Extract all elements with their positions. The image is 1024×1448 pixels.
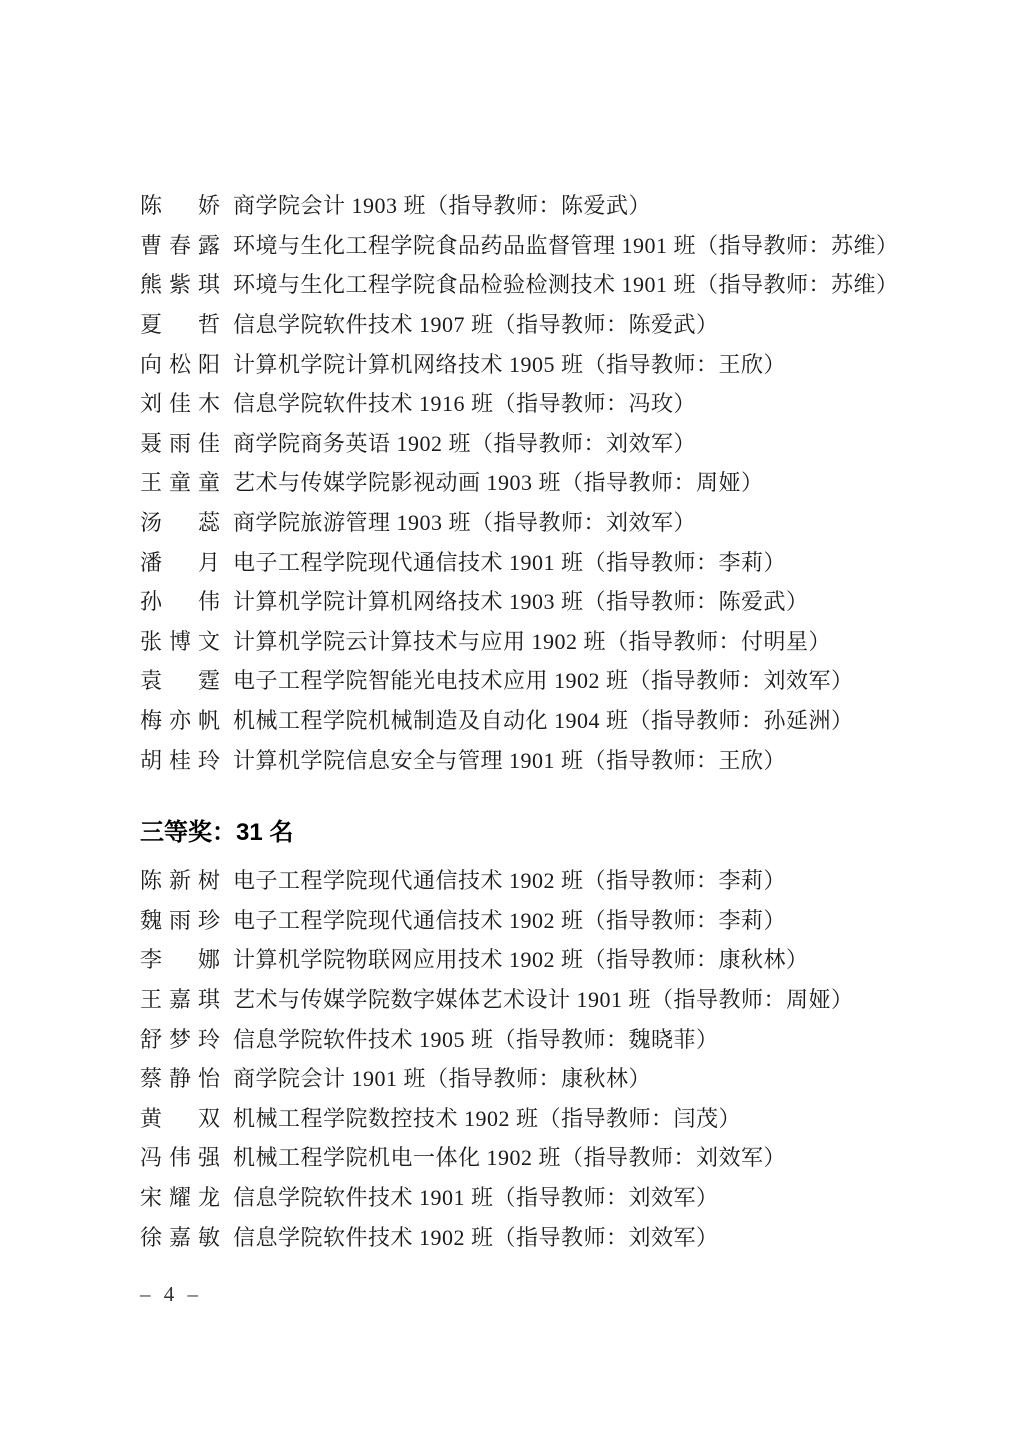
student-name: 聂雨佳 bbox=[140, 427, 220, 458]
student-name: 舒梦玲 bbox=[140, 1023, 220, 1054]
student-name: 蔡静怡 bbox=[140, 1062, 220, 1093]
award-entry-row: 熊紫琪 环境与生化工程学院食品检验检测技术 1901 班（指导教师：苏维） bbox=[140, 264, 960, 304]
award-entry-row: 袁霆 电子工程学院智能光电技术应用 1902 班（指导教师：刘效军） bbox=[140, 660, 960, 700]
entry-info: 艺术与传媒学院数字媒体艺术设计 1901 班（指导教师：周娅） bbox=[233, 983, 854, 1014]
award-entry-row: 舒梦玲 信息学院软件技术 1905 班（指导教师：魏晓菲） bbox=[140, 1018, 960, 1058]
student-name: 汤蕊 bbox=[140, 506, 220, 537]
award-entry-row: 潘月 电子工程学院现代通信技术 1901 班（指导教师：李莉） bbox=[140, 541, 960, 581]
student-name: 陈娇 bbox=[140, 189, 220, 220]
entry-info: 艺术与传媒学院影视动画 1903 班（指导教师：周娅） bbox=[233, 466, 764, 497]
student-name: 袁霆 bbox=[140, 664, 220, 695]
award-entry-row: 刘佳木 信息学院软件技术 1916 班（指导教师：冯玫） bbox=[140, 383, 960, 423]
section-heading-text: 三等奖：31 名 bbox=[140, 812, 293, 847]
student-name: 王童童 bbox=[140, 466, 220, 497]
award-section: 陈娇 商学院会计 1903 班（指导教师：陈爱武） 曹春露 环境与生化工程学院食… bbox=[140, 185, 960, 779]
student-name: 冯伟强 bbox=[140, 1141, 220, 1172]
student-name: 夏哲 bbox=[140, 308, 220, 339]
entry-info: 电子工程学院现代通信技术 1902 班（指导教师：李莉） bbox=[233, 864, 786, 895]
award-entry-row: 宋耀龙 信息学院软件技术 1901 班（指导教师：刘效军） bbox=[140, 1177, 960, 1217]
award-entry-row: 陈新树 电子工程学院现代通信技术 1902 班（指导教师：李莉） bbox=[140, 860, 960, 900]
award-entry-row: 夏哲 信息学院软件技术 1907 班（指导教师：陈爱武） bbox=[140, 304, 960, 344]
entry-info: 信息学院软件技术 1901 班（指导教师：刘效军） bbox=[233, 1181, 719, 1212]
entry-info: 信息学院软件技术 1905 班（指导教师：魏晓菲） bbox=[233, 1023, 719, 1054]
student-name: 刘佳木 bbox=[140, 387, 220, 418]
entry-info: 信息学院软件技术 1907 班（指导教师：陈爱武） bbox=[233, 308, 719, 339]
entry-info: 计算机学院云计算技术与应用 1902 班（指导教师：付明星） bbox=[233, 625, 831, 656]
award-entry-row: 魏雨珍 电子工程学院现代通信技术 1902 班（指导教师：李莉） bbox=[140, 900, 960, 940]
page-number-text: – 4 – bbox=[140, 1282, 202, 1307]
student-name: 曹春露 bbox=[140, 229, 220, 260]
award-entry-row: 张博文 计算机学院云计算技术与应用 1902 班（指导教师：付明星） bbox=[140, 621, 960, 661]
student-name: 黄双 bbox=[140, 1102, 220, 1133]
document-page: 陈娇 商学院会计 1903 班（指导教师：陈爱武） 曹春露 环境与生化工程学院食… bbox=[140, 185, 960, 1315]
award-entry-row: 汤蕊 商学院旅游管理 1903 班（指导教师：刘效军） bbox=[140, 502, 960, 542]
student-name: 王嘉琪 bbox=[140, 983, 220, 1014]
student-name: 孙伟 bbox=[140, 585, 220, 616]
entry-info: 环境与生化工程学院食品药品监督管理 1901 班（指导教师：苏维） bbox=[233, 229, 899, 260]
award-entry-row: 梅亦帆 机械工程学院机械制造及自动化 1904 班（指导教师：孙延洲） bbox=[140, 700, 960, 740]
student-name: 胡桂玲 bbox=[140, 744, 220, 775]
sections-container: 陈娇 商学院会计 1903 班（指导教师：陈爱武） 曹春露 环境与生化工程学院食… bbox=[140, 185, 960, 1256]
entry-info: 计算机学院信息安全与管理 1901 班（指导教师：王欣） bbox=[233, 744, 786, 775]
student-name: 宋耀龙 bbox=[140, 1181, 220, 1212]
section-heading: 三等奖：31 名 bbox=[140, 807, 960, 853]
entry-info: 商学院会计 1903 班（指导教师：陈爱武） bbox=[233, 189, 651, 220]
award-entry-row: 孙伟 计算机学院计算机网络技术 1903 班（指导教师：陈爱武） bbox=[140, 581, 960, 621]
entry-info: 电子工程学院现代通信技术 1901 班（指导教师：李莉） bbox=[233, 546, 786, 577]
student-name: 李娜 bbox=[140, 943, 220, 974]
award-entry-row: 胡桂玲 计算机学院信息安全与管理 1901 班（指导教师：王欣） bbox=[140, 739, 960, 779]
entry-info: 电子工程学院智能光电技术应用 1902 班（指导教师：刘效军） bbox=[233, 664, 854, 695]
award-entry-row: 聂雨佳 商学院商务英语 1902 班（指导教师：刘效军） bbox=[140, 423, 960, 463]
entry-info: 信息学院软件技术 1916 班（指导教师：冯玫） bbox=[233, 387, 696, 418]
award-entry-row: 王童童 艺术与传媒学院影视动画 1903 班（指导教师：周娅） bbox=[140, 462, 960, 502]
student-name: 徐嘉敏 bbox=[140, 1221, 220, 1252]
student-name: 梅亦帆 bbox=[140, 704, 220, 735]
entry-info: 商学院会计 1901 班（指导教师：康秋林） bbox=[233, 1062, 651, 1093]
entry-info: 商学院旅游管理 1903 班（指导教师：刘效军） bbox=[233, 506, 696, 537]
entry-info: 计算机学院计算机网络技术 1905 班（指导教师：王欣） bbox=[233, 348, 786, 379]
student-name: 向松阳 bbox=[140, 348, 220, 379]
student-name: 张博文 bbox=[140, 625, 220, 656]
student-name: 陈新树 bbox=[140, 864, 220, 895]
student-name: 熊紫琪 bbox=[140, 268, 220, 299]
student-name: 魏雨珍 bbox=[140, 904, 220, 935]
award-entry-row: 蔡静怡 商学院会计 1901 班（指导教师：康秋林） bbox=[140, 1058, 960, 1098]
entry-info: 机械工程学院机电一体化 1902 班（指导教师：刘效军） bbox=[233, 1141, 786, 1172]
entry-info: 计算机学院物联网应用技术 1902 班（指导教师：康秋林） bbox=[233, 943, 809, 974]
award-entry-row: 王嘉琪 艺术与传媒学院数字媒体艺术设计 1901 班（指导教师：周娅） bbox=[140, 979, 960, 1019]
entry-info: 商学院商务英语 1902 班（指导教师：刘效军） bbox=[233, 427, 696, 458]
award-entry-row: 冯伟强 机械工程学院机电一体化 1902 班（指导教师：刘效军） bbox=[140, 1137, 960, 1177]
award-entry-row: 向松阳 计算机学院计算机网络技术 1905 班（指导教师：王欣） bbox=[140, 343, 960, 383]
award-entry-row: 曹春露 环境与生化工程学院食品药品监督管理 1901 班（指导教师：苏维） bbox=[140, 225, 960, 265]
entry-info: 电子工程学院现代通信技术 1902 班（指导教师：李莉） bbox=[233, 904, 786, 935]
page-number: – 4 – bbox=[140, 1275, 960, 1315]
award-entry-row: 李娜 计算机学院物联网应用技术 1902 班（指导教师：康秋林） bbox=[140, 939, 960, 979]
student-name: 潘月 bbox=[140, 546, 220, 577]
award-entry-row: 陈娇 商学院会计 1903 班（指导教师：陈爱武） bbox=[140, 185, 960, 225]
award-entry-row: 黄双 机械工程学院数控技术 1902 班（指导教师：闫茂） bbox=[140, 1097, 960, 1137]
entry-info: 机械工程学院机械制造及自动化 1904 班（指导教师：孙延洲） bbox=[233, 704, 854, 735]
entry-info: 计算机学院计算机网络技术 1903 班（指导教师：陈爱武） bbox=[233, 585, 809, 616]
entry-info: 环境与生化工程学院食品检验检测技术 1901 班（指导教师：苏维） bbox=[233, 268, 899, 299]
award-entry-row: 徐嘉敏 信息学院软件技术 1902 班（指导教师：刘效军） bbox=[140, 1216, 960, 1256]
entry-info: 机械工程学院数控技术 1902 班（指导教师：闫茂） bbox=[233, 1102, 741, 1133]
award-section: 三等奖：31 名 陈新树 电子工程学院现代通信技术 1902 班（指导教师：李莉… bbox=[140, 807, 960, 1256]
entry-info: 信息学院软件技术 1902 班（指导教师：刘效军） bbox=[233, 1221, 719, 1252]
